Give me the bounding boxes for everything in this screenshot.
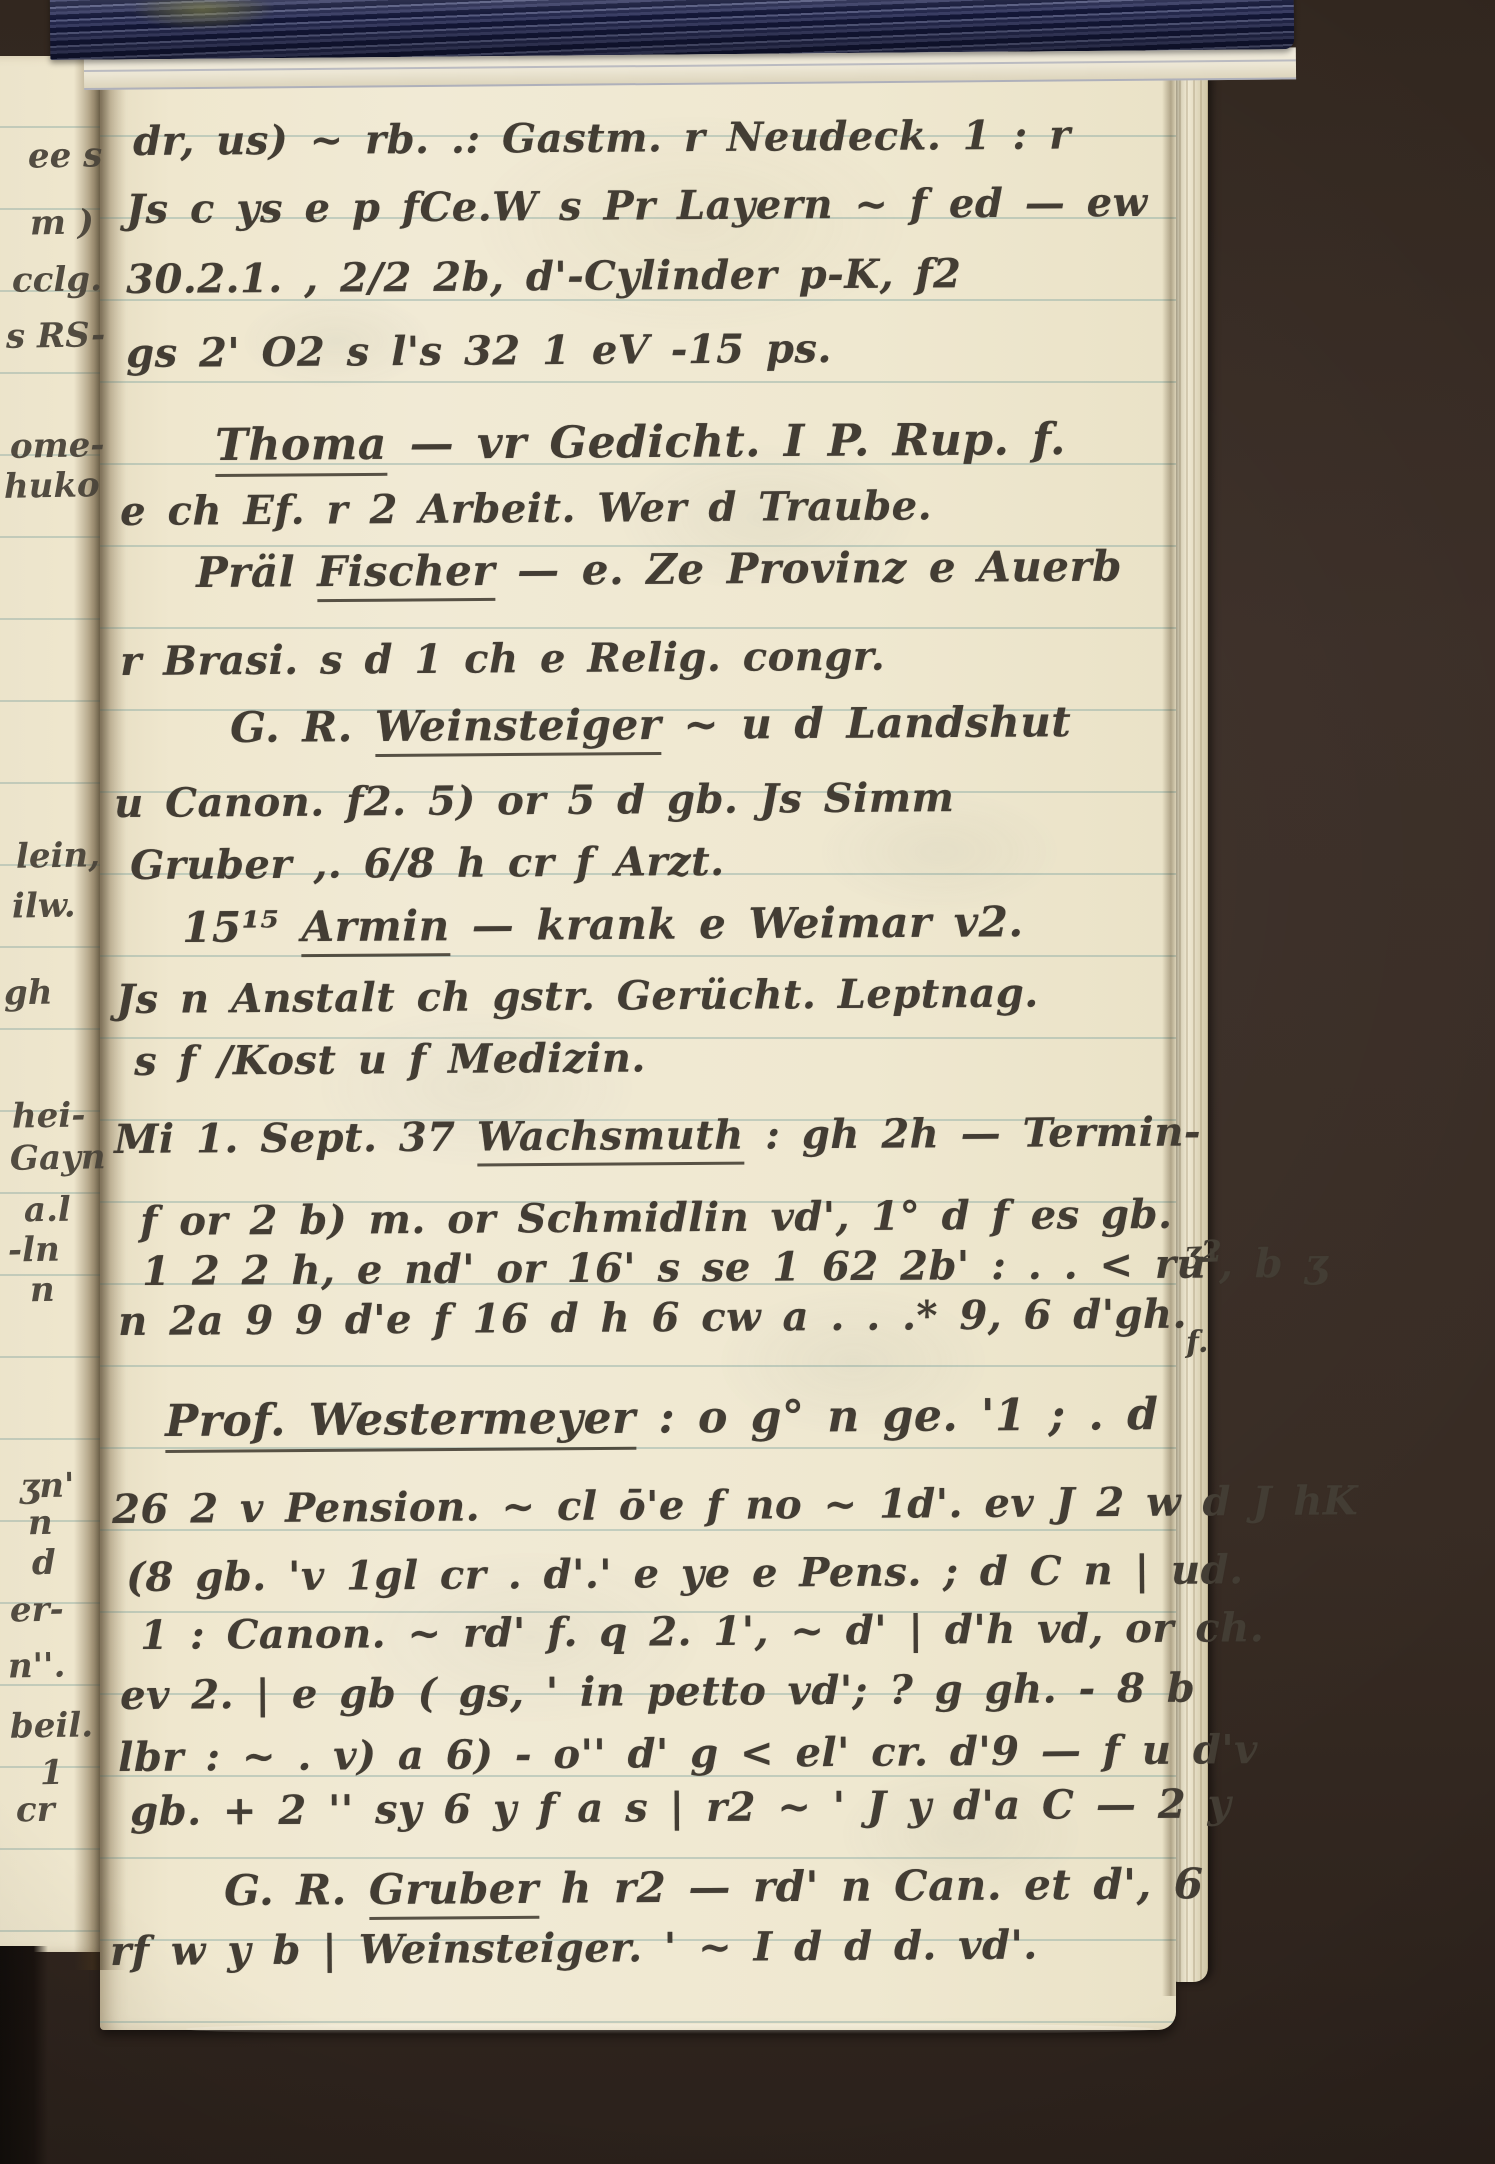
paper-mottling xyxy=(100,66,1176,2030)
main-page xyxy=(100,66,1176,2030)
top-edge-smudge xyxy=(128,0,278,30)
notebook-photo: dr, us) ~ rb. .: Gastm. r Neudeck. 1 : r… xyxy=(0,0,1495,2164)
gutter-shadow xyxy=(74,56,126,1970)
spine-shadow-band xyxy=(0,1946,48,2164)
right-page-crease xyxy=(1162,66,1178,1996)
